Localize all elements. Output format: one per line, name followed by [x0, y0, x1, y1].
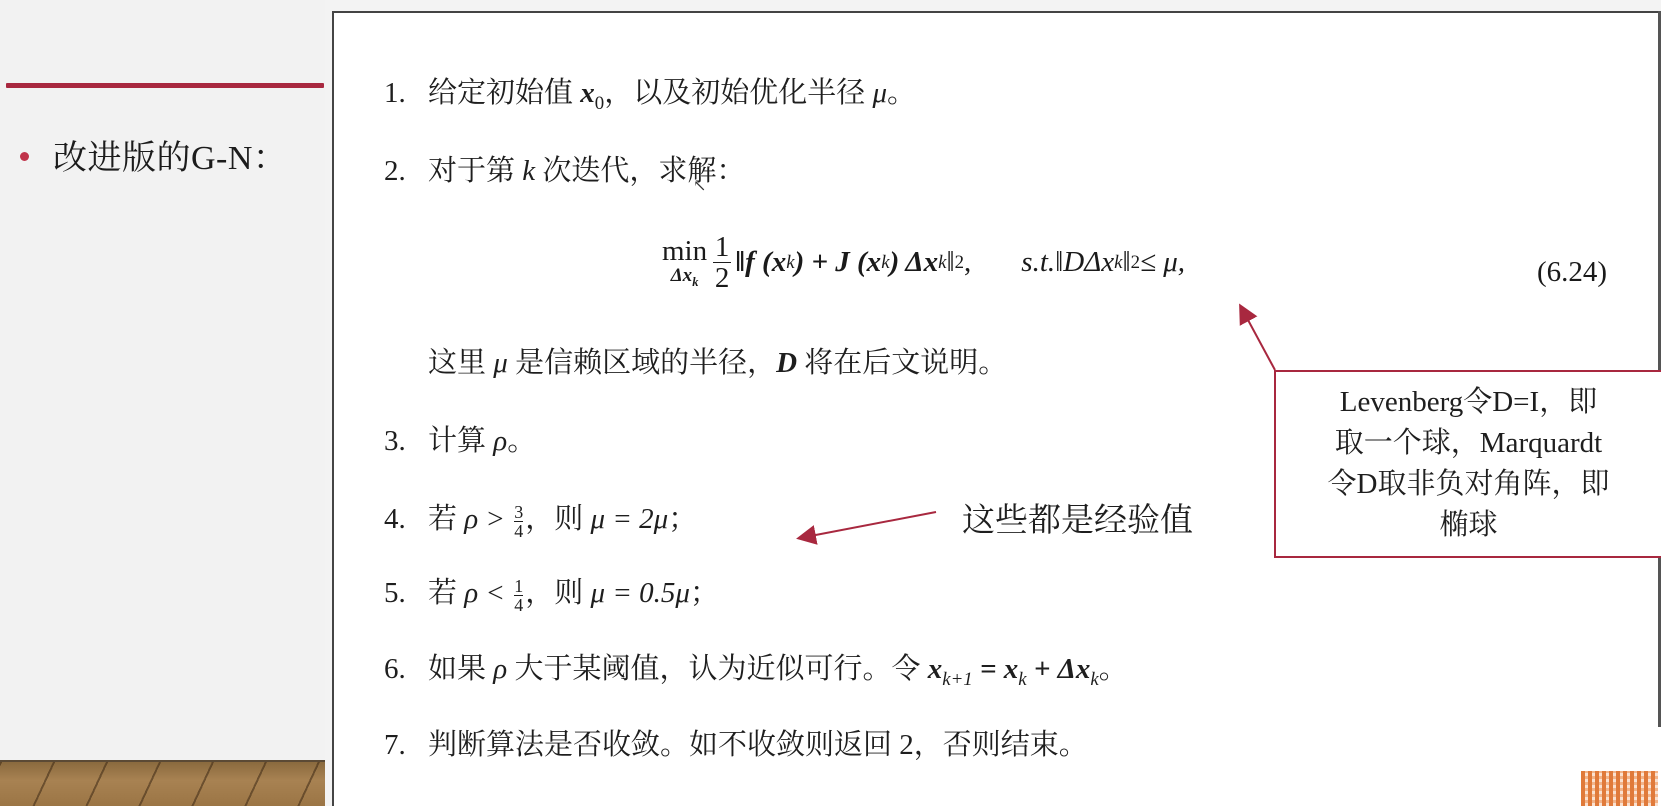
wood-floor-decoration: [0, 760, 325, 806]
bullet-text: 改进版的G-N：: [53, 130, 287, 179]
step-3: 3.计算 ρ。: [384, 418, 536, 459]
title-divider: [6, 83, 324, 88]
step-2: 2.对于第 k 次迭代，求解：: [384, 148, 745, 189]
step-4: 4.若 ρ > 34，则 μ = 2μ；: [384, 496, 697, 540]
step-5: 5.若 ρ < 14，则 μ = 0.5μ；: [384, 570, 719, 614]
mouse-cursor-icon: ↖: [693, 176, 706, 196]
step-7: 7.判断算法是否收敛。如不收敛则返回 2，否则结束。: [384, 722, 1088, 763]
step-1: 1.给定初始值 x0，以及初始优化半径 μ。: [384, 70, 916, 115]
equation-6-24: min Δxk 1 2 ‖f (xk) + J (xk) Δxk‖2, s.t.…: [662, 232, 1185, 294]
note-line: 这里 μ 是信赖区域的半径，D 将在后文说明。: [428, 340, 1007, 381]
bullet-dot-icon: [20, 152, 29, 161]
step-6: 6.如果 ρ 大于某阈值，认为近似可行。令 xk+1 = xk + Δxk。: [384, 646, 1128, 691]
qr-code-icon: [1581, 771, 1658, 806]
slide-left-panel: 改进版的G-N：: [0, 0, 325, 806]
annotation-empirical-values: 这些都是经验值: [962, 494, 1193, 541]
equation-number: (6.24): [1537, 256, 1607, 289]
callout-levenberg-marquardt: Levenberg令D=I，即 取一个球，Marquardt 令D取非负对角阵，…: [1274, 370, 1661, 558]
bullet-item: 改进版的G-N：: [20, 130, 287, 179]
